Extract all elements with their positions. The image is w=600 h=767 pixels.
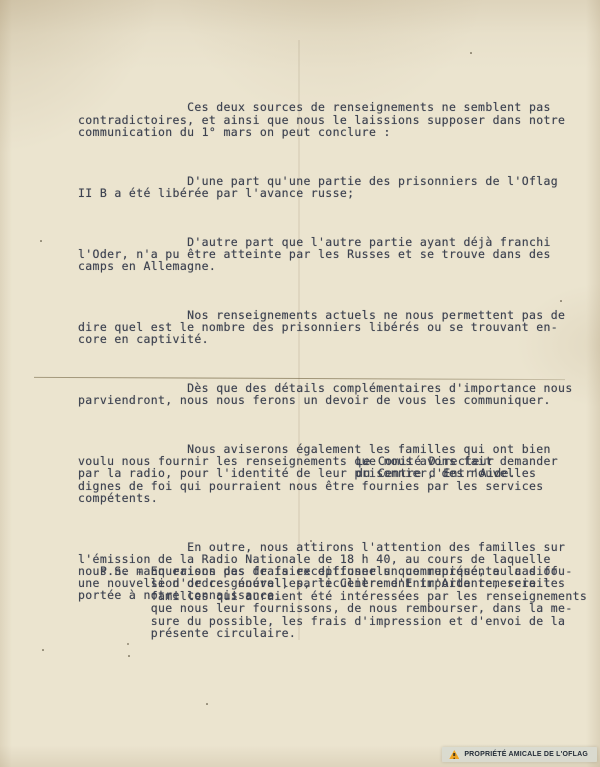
signature-block: Le Comité Directeur du Centre d'Entr'Aid… — [356, 455, 516, 479]
watermark-label: PROPRIÉTÉ AMICALE DE L'OFLAG — [464, 751, 588, 758]
paragraph-5: Dès que des détails complémentaires d'im… — [78, 382, 583, 406]
paragraph-2: D'une part qu'une partie des prisonniers… — [78, 175, 583, 199]
paper-speck — [40, 240, 42, 242]
warning-triangle-icon — [449, 750, 459, 759]
paper-speck — [127, 643, 129, 645]
paper-speck — [42, 649, 44, 651]
paragraph-1: Ces deux sources de renseignements ne se… — [78, 101, 583, 138]
scanned-letter-page: Ces deux sources de renseignements ne se… — [0, 0, 600, 767]
postscript-block: P.S. - En raison des frais exceptionnels… — [78, 565, 587, 639]
paragraph-4: Nos renseignements actuels ne nous perme… — [78, 309, 583, 346]
paragraph-3: D'autre part que l'autre partie ayant dé… — [78, 236, 583, 273]
ownership-watermark: PROPRIÉTÉ AMICALE DE L'OFLAG — [442, 747, 597, 762]
paper-speck — [206, 703, 208, 705]
paper-speck — [128, 655, 130, 657]
letter-body: Ces deux sources de renseignements ne se… — [78, 77, 583, 638]
paper-speck — [470, 52, 472, 54]
